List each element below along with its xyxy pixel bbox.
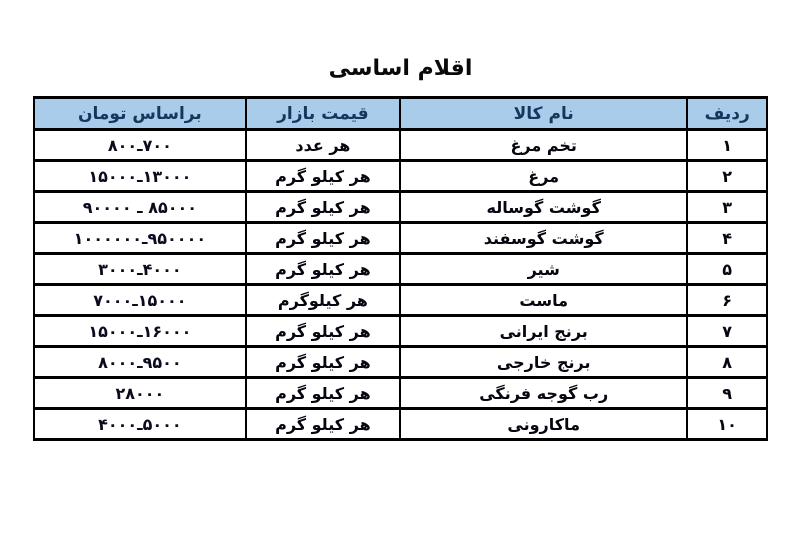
cell-row-no: ۵: [687, 254, 767, 285]
table-row: ۷ برنج ایرانی هر کیلو گرم ۱۵۰۰۰ـ۱۶۰۰۰: [34, 316, 767, 347]
table-row: ۶ ماست هر کیلوگرم ۷۰۰۰ـ۱۵۰۰۰: [34, 285, 767, 316]
header-cell-item-name: نام کالا: [400, 98, 687, 130]
cell-item-name: برنج خارجی: [400, 347, 687, 378]
cell-item-name: گوشت گوساله: [400, 192, 687, 223]
table-body: ۱ تخم مرغ هر عدد ۸۰۰ـ۷۰۰ ۲ مرغ هر کیلو گ…: [34, 130, 767, 440]
cell-price: ۱۰۰۰۰۰۰ـ۹۵۰۰۰۰: [34, 223, 246, 254]
cell-price: ۹۰۰۰۰ ـ ۸۵۰۰۰: [34, 192, 246, 223]
cell-price: ۲۸۰۰۰: [34, 378, 246, 409]
cell-price: ۳۰۰۰ـ۴۰۰۰: [34, 254, 246, 285]
cell-item-name: مرغ: [400, 161, 687, 192]
cell-row-no: ۳: [687, 192, 767, 223]
table-row: ۵ شیر هر کیلو گرم ۳۰۰۰ـ۴۰۰۰: [34, 254, 767, 285]
header-row: ردیف نام کالا قیمت بازار براساس تومان: [34, 98, 767, 130]
table-row: ۸ برنج خارجی هر کیلو گرم ۸۰۰۰ـ۹۵۰۰: [34, 347, 767, 378]
cell-unit: هر کیلو گرم: [246, 192, 400, 223]
table-row: ۱ تخم مرغ هر عدد ۸۰۰ـ۷۰۰: [34, 130, 767, 161]
page-canvas: اقلام اساسی ردیف نام کالا قیمت بازار برا…: [0, 0, 800, 557]
cell-item-name: گوشت گوسفند: [400, 223, 687, 254]
cell-unit: هر کیلو گرم: [246, 161, 400, 192]
cell-unit: هر کیلو گرم: [246, 347, 400, 378]
cell-row-no: ۹: [687, 378, 767, 409]
cell-price: ۱۵۰۰۰ـ۱۶۰۰۰: [34, 316, 246, 347]
cell-row-no: ۱: [687, 130, 767, 161]
table-row: ۲ مرغ هر کیلو گرم ۱۵۰۰۰ـ۱۳۰۰۰: [34, 161, 767, 192]
cell-unit: هر عدد: [246, 130, 400, 161]
cell-row-no: ۴: [687, 223, 767, 254]
cell-item-name: برنج ایرانی: [400, 316, 687, 347]
table-row: ۹ رب گوجه فرنگی هر کیلو گرم ۲۸۰۰۰: [34, 378, 767, 409]
header-cell-row-no: ردیف: [687, 98, 767, 130]
cell-row-no: ۸: [687, 347, 767, 378]
cell-unit: هر کیلوگرم: [246, 285, 400, 316]
table-header: ردیف نام کالا قیمت بازار براساس تومان: [34, 98, 767, 130]
basic-items-price-table: ردیف نام کالا قیمت بازار براساس تومان ۱ …: [33, 96, 768, 441]
page-title: اقلام اساسی: [33, 56, 768, 81]
cell-item-name: ماست: [400, 285, 687, 316]
cell-price: ۴۰۰۰ـ۵۰۰۰: [34, 409, 246, 440]
cell-unit: هر کیلو گرم: [246, 378, 400, 409]
header-cell-market-price: قیمت بازار: [246, 98, 400, 130]
table-row: ۳ گوشت گوساله هر کیلو گرم ۹۰۰۰۰ ـ ۸۵۰۰۰: [34, 192, 767, 223]
cell-unit: هر کیلو گرم: [246, 316, 400, 347]
cell-price: ۷۰۰۰ـ۱۵۰۰۰: [34, 285, 246, 316]
cell-item-name: تخم مرغ: [400, 130, 687, 161]
cell-row-no: ۷: [687, 316, 767, 347]
cell-row-no: ۲: [687, 161, 767, 192]
cell-price: ۱۵۰۰۰ـ۱۳۰۰۰: [34, 161, 246, 192]
cell-unit: هر کیلو گرم: [246, 223, 400, 254]
header-cell-based-on-toman: براساس تومان: [34, 98, 246, 130]
cell-item-name: رب گوجه فرنگی: [400, 378, 687, 409]
cell-item-name: ماکارونی: [400, 409, 687, 440]
cell-row-no: ۱۰: [687, 409, 767, 440]
table-row: ۴ گوشت گوسفند هر کیلو گرم ۱۰۰۰۰۰۰ـ۹۵۰۰۰۰: [34, 223, 767, 254]
cell-unit: هر کیلو گرم: [246, 409, 400, 440]
cell-unit: هر کیلو گرم: [246, 254, 400, 285]
cell-item-name: شیر: [400, 254, 687, 285]
cell-row-no: ۶: [687, 285, 767, 316]
cell-price: ۸۰۰۰ـ۹۵۰۰: [34, 347, 246, 378]
table-row: ۱۰ ماکارونی هر کیلو گرم ۴۰۰۰ـ۵۰۰۰: [34, 409, 767, 440]
cell-price: ۸۰۰ـ۷۰۰: [34, 130, 246, 161]
